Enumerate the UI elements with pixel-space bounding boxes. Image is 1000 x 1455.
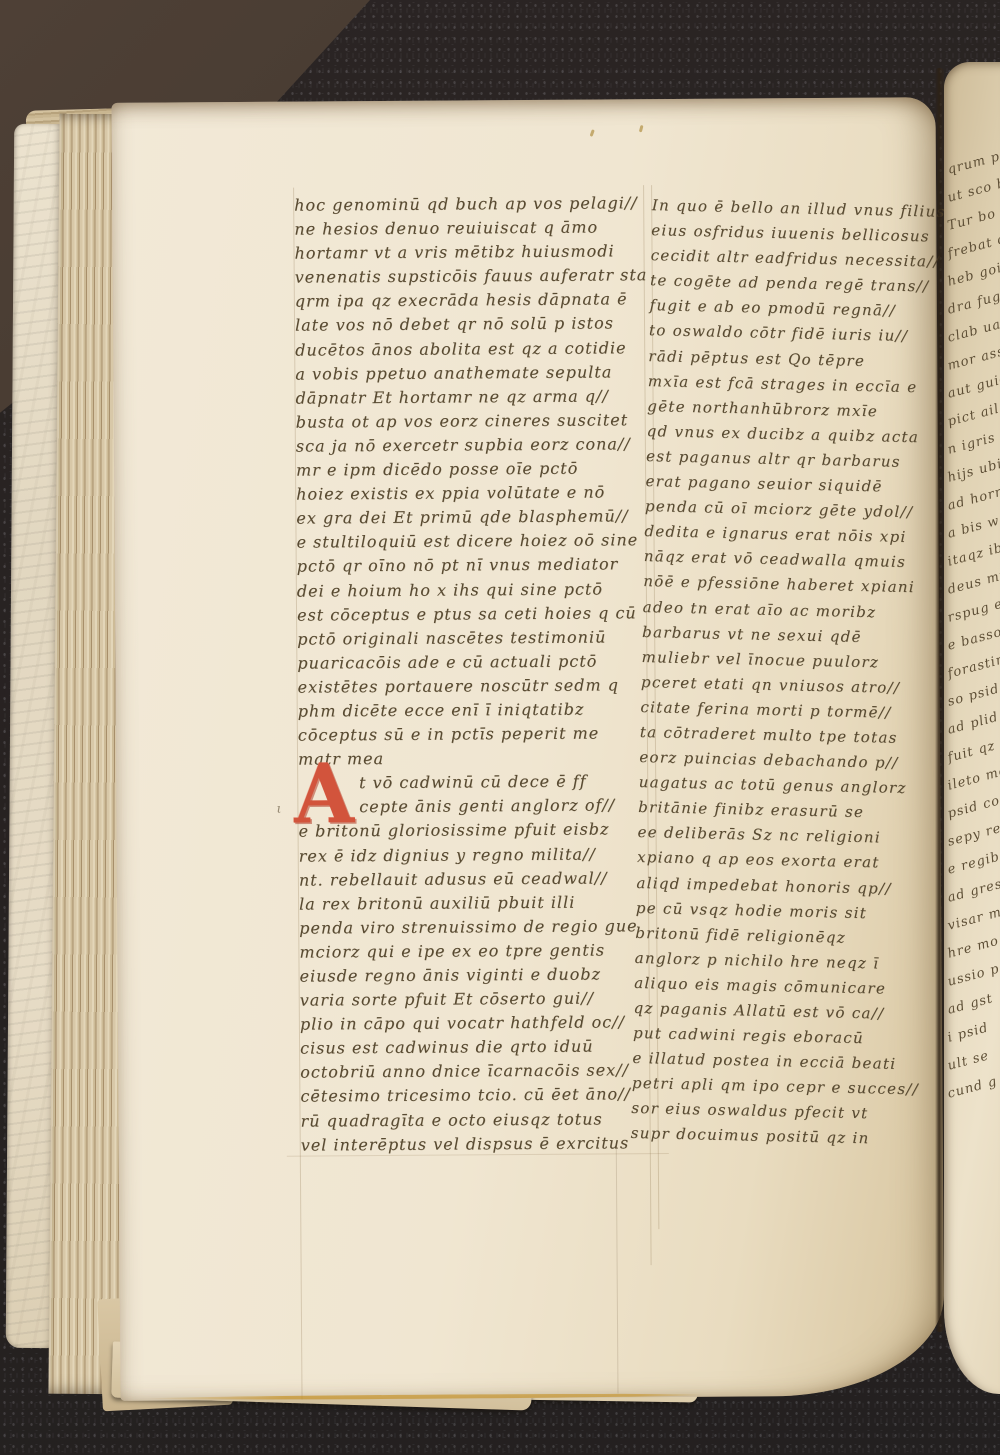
manuscript-text-line: busta ot ap vos eorz cineres suscitet [296,408,652,435]
manuscript-text-line: ne hesios denuo reuiuiscat q āmo [294,215,650,242]
manuscript-text-line: qrm ipa qz execrāda hesis dāpnata ē [295,288,651,315]
manuscript-text-line: eiusde regno ānis viginti e duobz [299,962,655,989]
page-fold-line [616,1143,619,1393]
manuscript-text-line: varia sorte pfuit Et cōserto gui// [300,986,656,1013]
manuscript-text-line: sca ja nō exercetr supbia eorz cona// [296,432,652,459]
manuscript-text-line: venenatis supsticōis fauus auferatr sta [295,263,651,290]
manuscript-text-line: cōceptus sū e in pctīs peperit me [298,721,654,748]
manuscript-text-line: mr e ipm dicēdo posse oīe pctō [296,456,652,483]
manuscript-text-line: supr docuimus positū qz in [630,1121,899,1152]
manuscript-page: hoc genominū qd buch ap vos pelagi//ne h… [111,97,944,1401]
manuscript-text-line: existētes portauere noscūtr sedm q [297,673,653,700]
text-column-right: In quo ē bello an illud vnus filiuseius … [630,193,920,1152]
gutter-shadow [935,68,944,1332]
margin-mark: ι [276,802,281,817]
manuscript-text-line: cisus est cadwinus die qrto iduū [300,1034,656,1061]
manuscript-text-line: mciorz qui e ipe ex eo tpre gentis [299,938,655,965]
manuscript-text-line: puaricacōis ade e cū actuali pctō [297,649,653,676]
manuscript-text-line: rex ē idz dignius y regno milita// [299,842,655,869]
manuscript-text-line: ex gra dei Et primū qde blasphemū// [296,504,652,531]
manuscript-text-line: dei e hoium ho x ihs qui sine pctō [297,577,653,604]
pricking-mark [639,125,644,133]
manuscript-text-line: hortamr vt a vris mētibz huiusmodi [294,239,650,266]
manuscript-text-line: pctō qr oīno nō pt nī vnus mediator [297,553,653,580]
manuscript-text-line: plio in cāpo qui vocatr hathfeld oc// [300,1010,656,1037]
manuscript-text-line: rū quadragīta e octo eiusqz totus [301,1107,657,1134]
manuscript-text-line: nt. rebellauit adusus eū ceadwal// [299,866,655,893]
text-column-left: hoc genominū qd buch ap vos pelagi//ne h… [294,191,657,1157]
manuscript-text-line: pctō originali nascētes testimoniū [297,625,653,652]
manuscript-text-line: la rex britonū auxiliū pbuit illi [299,890,655,917]
rubricated-initial: A [294,753,354,835]
manuscript-text-line: phm dicēte ecce enī ī iniqtatibz [298,697,654,724]
manuscript-text-line: hoiez existis ex ppia volūtate e nō [296,480,652,507]
next-page-text-strip: qrum put sco bTur bofrebat cheb goildra … [948,160,1000,1112]
manuscript-text-line: ducētos ānos abolita est qz a cotidie [295,336,651,363]
manuscript-text-line: est cōceptus e ptus sa ceti hoies q cū [297,601,653,628]
manuscript-text-line: dāpnatr Et hortamr ne qz arma q// [295,384,651,411]
manuscript-text-line: a vobis ppetuo anathemate sepulta [295,360,651,387]
manuscript-text-line: late vos nō debet qr nō solū p istos [295,312,651,339]
manuscript-photo-scene: qrum put sco bTur bofrebat cheb goildra … [0,0,1000,1455]
manuscript-text-line: qrum p [945,122,1000,181]
manuscript-text-line: hoc genominū qd buch ap vos pelagi// [294,191,650,218]
manuscript-text-line: e stultiloquiū est dicere hoiez oō sine [296,528,652,555]
pricking-mark [590,129,595,137]
manuscript-text-line: vel interēptus vel dispsus ē exrcitus [301,1131,657,1158]
manuscript-text-line: cētesimo tricesimo tcio. cū ēet āno// [300,1083,656,1110]
manuscript-text-line: octobriū anno dnice īcarnacōis sex// [300,1058,656,1085]
manuscript-text-line: penda viro strenuissimo de regio gue [299,914,655,941]
next-page-curved: qrum put sco bTur bofrebat cheb goildra … [944,62,1000,1394]
